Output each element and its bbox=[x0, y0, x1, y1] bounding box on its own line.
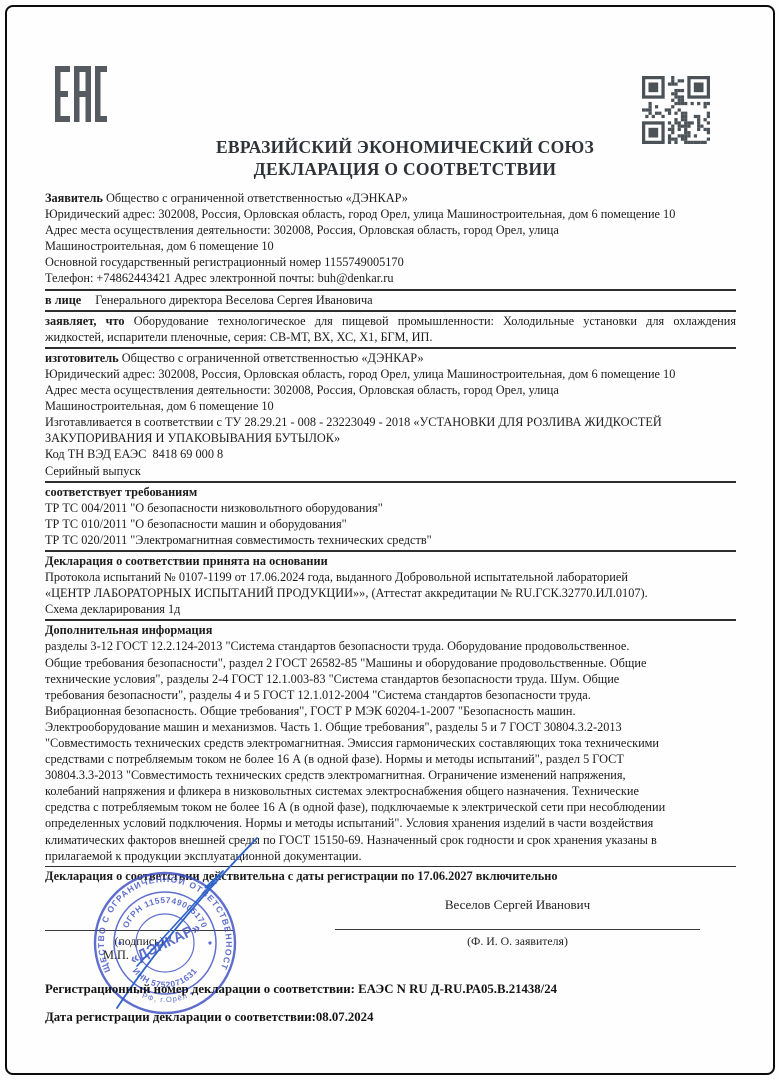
applicant-section: Заявитель Общество с ограниченной ответс… bbox=[45, 189, 736, 289]
manufacturer-label: изготовитель bbox=[45, 351, 119, 365]
additional-info-line: Электрооборудование машин и механизмов. … bbox=[45, 719, 736, 735]
additional-info-line: средствами с потребляемым током не более… bbox=[45, 751, 736, 767]
additional-info-line: Вибрационная безопасность. Общие требова… bbox=[45, 703, 736, 719]
test-laboratory: «ЦЕНТР ЛАБОРАТОРНЫХ ИСПЫТАНИЙ ПРОДУКЦИИ»… bbox=[45, 585, 736, 601]
additional-info-line: "Совместимость технических средств элект… bbox=[45, 735, 736, 751]
applicant-activity-address-2: Машиностроительная, дом 6 помещение 10 bbox=[45, 238, 736, 254]
document-title: ЕВРАЗИЙСКИЙ ЭКОНОМИЧЕСКИЙ СОЮЗ ДЕКЛАРАЦИ… bbox=[90, 136, 720, 180]
applicant-activity-address: Адрес места осуществления деятельности: … bbox=[45, 222, 736, 238]
serial-production: Серийный выпуск bbox=[45, 463, 736, 479]
title-line-1: ЕВРАЗИЙСКИЙ ЭКОНОМИЧЕСКИЙ СОЮЗ bbox=[90, 136, 720, 158]
applicant-ogrn: Основной государственный регистрационный… bbox=[45, 254, 736, 270]
document-body: Заявитель Общество с ограниченной ответс… bbox=[45, 189, 736, 886]
requirements-label: соответствует требованиям bbox=[45, 484, 736, 500]
additional-info-line: 30804.3.3-2013 "Совместимость технически… bbox=[45, 767, 736, 783]
requirement-tr-ts-020: ТР ТС 020/2011 "Электромагнитная совмест… bbox=[45, 532, 736, 548]
person-section: в лицеГенерального директора Веселова Се… bbox=[45, 291, 736, 310]
person-label: в лице bbox=[45, 293, 81, 307]
applicant-label: Заявитель bbox=[45, 191, 103, 205]
title-line-2: ДЕКЛАРАЦИЯ О СООТВЕТСТВИИ bbox=[90, 158, 720, 180]
applicant-contacts: Телефон: +74862443421 Адрес электронной … bbox=[45, 270, 736, 286]
tn-ved-code: Код ТН ВЭД ЕАЭС 8418 69 000 8 bbox=[45, 446, 736, 462]
manufacturer-tu-2: ЗАКУПОРИВАНИЯ И УПАКОВЫВАНИЯ БУТЫЛОК» bbox=[45, 430, 736, 446]
declaration-document: ЕВРАЗИЙСКИЙ ЭКОНОМИЧЕСКИЙ СОЮЗ ДЕКЛАРАЦИ… bbox=[0, 0, 780, 1080]
applicant-name: Общество с ограниченной ответственностью… bbox=[106, 191, 408, 205]
manufacturer-address: Юридический адрес: 302008, Россия, Орлов… bbox=[45, 366, 736, 382]
requirements-section: соответствует требованиям ТР ТС 004/2011… bbox=[45, 483, 736, 550]
declares-label: заявляет, что bbox=[45, 314, 125, 328]
requirement-tr-ts-010: ТР ТС 010/2011 "О безопасности машин и о… bbox=[45, 516, 736, 532]
additional-info-line: технические условия", разделы 2-4 ГОСТ 1… bbox=[45, 671, 736, 687]
additional-info-line: колебаний напряжения и фликера в низково… bbox=[45, 783, 736, 799]
qr-code bbox=[642, 76, 710, 144]
registration-number: Регистрационный номер декларации о соотв… bbox=[45, 982, 557, 997]
basis-section: Декларация о соответствии принята на осн… bbox=[45, 552, 736, 619]
applicant-fio: Веселов Сергей Иванович bbox=[335, 897, 700, 913]
stamp-company-name: «ДЭНКАР» bbox=[128, 920, 204, 968]
additional-info-line: разделы 3-12 ГОСТ 12.2.124-2013 "Система… bbox=[45, 638, 736, 654]
basis-label: Декларация о соответствии принята на осн… bbox=[45, 553, 736, 569]
company-stamp: ОБЩЕСТВО С ОГРАНИЧЕННОЙ ОТВЕТСТВЕННОСТЬЮ… bbox=[80, 858, 250, 1028]
manufacturer-section: изготовитель Общество с ограниченной отв… bbox=[45, 349, 736, 481]
declares-text: Оборудование технологическое для пищевой… bbox=[45, 314, 736, 344]
person-name: Генерального директора Веселова Сергея И… bbox=[95, 293, 372, 307]
additional-info-line: требования безопасности", разделы 4 и 5 … bbox=[45, 687, 736, 703]
fio-caption: (Ф. И. О. заявителя) bbox=[335, 934, 700, 949]
applicant-address: Юридический адрес: 302008, Россия, Орлов… bbox=[45, 206, 736, 222]
registration-date: Дата регистрации декларации о соответств… bbox=[45, 1010, 373, 1025]
manufacturer-name: Общество с ограниченной ответственностью… bbox=[122, 351, 424, 365]
manufacturer-tu: Изготавливается в соответствии с ТУ 28.2… bbox=[45, 414, 736, 430]
declaration-subject-section: заявляет, что Оборудование технологическ… bbox=[45, 312, 736, 347]
additional-info-label: Дополнительная информация bbox=[45, 622, 736, 638]
fio-line bbox=[335, 929, 700, 930]
additional-info-line: Общие требования безопасности", раздел 2… bbox=[45, 655, 736, 671]
eac-mark-icon bbox=[55, 66, 107, 122]
additional-info-line: средства с потребляемым током не более 1… bbox=[45, 799, 736, 815]
additional-info-line: определенных условий подключения. Нормы … bbox=[45, 815, 736, 831]
manufacturer-activity-address-2: Машиностроительная, дом 6 помещение 10 bbox=[45, 398, 736, 414]
test-protocol: Протокола испытаний № 0107-1199 от 17.06… bbox=[45, 569, 736, 585]
requirement-tr-ts-004: ТР ТС 004/2011 "О безопасности низковоль… bbox=[45, 500, 736, 516]
additional-info-line: климатических факторов внешней среды по … bbox=[45, 832, 736, 848]
manufacturer-activity-address: Адрес места осуществления деятельности: … bbox=[45, 382, 736, 398]
additional-info-section: Дополнительная информация разделы 3-12 Г… bbox=[45, 621, 736, 865]
declaration-scheme: Схема декларирования 1д bbox=[45, 601, 736, 617]
